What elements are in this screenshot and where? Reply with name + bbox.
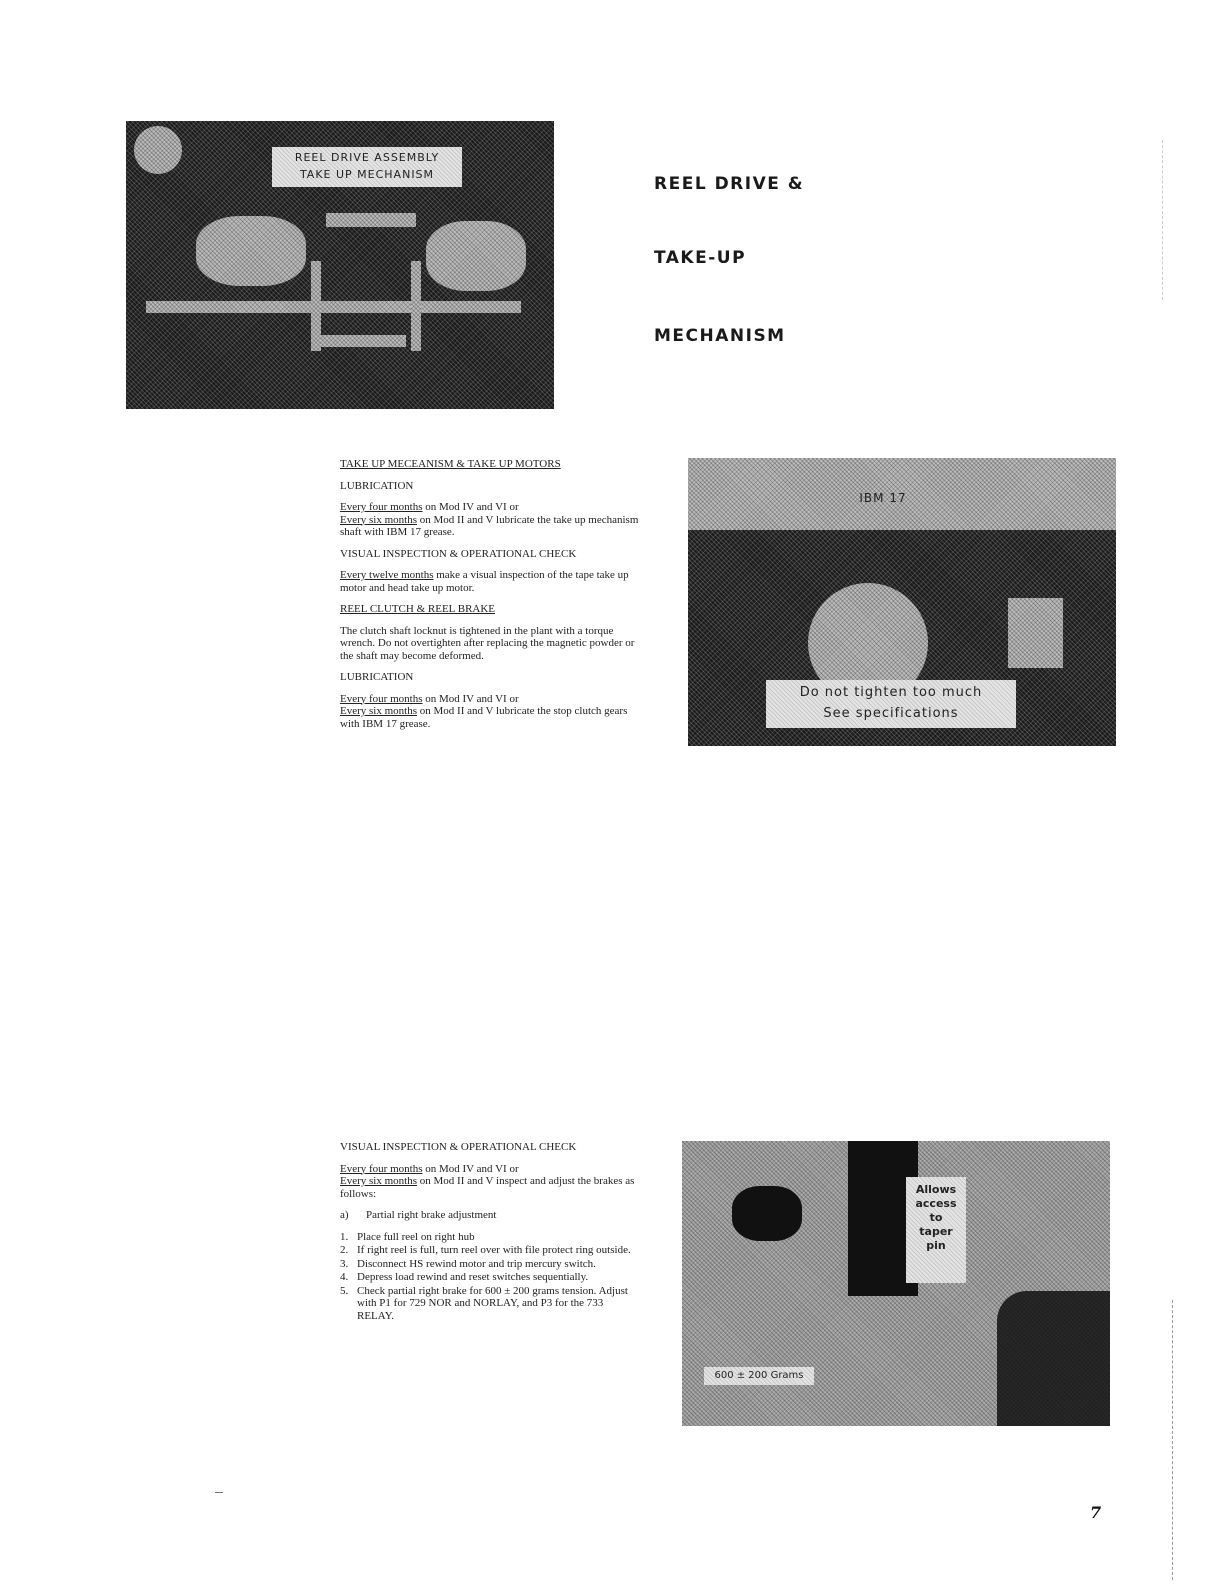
page-title-line-2: TAKE-UP <box>654 248 746 268</box>
sub-item-label: a) <box>340 1209 349 1222</box>
post-left <box>311 261 321 351</box>
reel-hub-top-left <box>134 126 182 174</box>
step-number: 3. <box>340 1258 348 1271</box>
section-heading-clutch-brake: REEL CLUTCH & REEL BRAKE <box>340 603 640 616</box>
photo-right-brake: Allows access to taper pin 600 ± 200 Gra… <box>682 1141 1110 1426</box>
frequency: Every six months <box>340 514 417 526</box>
step-number: 4. <box>340 1271 348 1284</box>
page-title-line-1: REEL DRIVE & <box>654 174 804 194</box>
label-line: to <box>906 1211 966 1225</box>
reel-hub-opening <box>732 1186 802 1241</box>
frequency: Every twelve months <box>340 569 433 581</box>
section-heading-take-up: TAKE UP MECEANISM & TAKE UP MOTORS <box>340 458 640 471</box>
procedure-step: 4.Depress load rewind and reset switches… <box>340 1271 640 1284</box>
right-coil <box>426 221 526 291</box>
label-line: pin <box>906 1239 966 1253</box>
clutch-paragraph: The clutch shaft locknut is tightened in… <box>340 625 640 663</box>
procedure-step: 5.Check partial right brake for 600 ± 20… <box>340 1285 640 1323</box>
step-number: 2. <box>340 1244 348 1257</box>
scan-edge-right <box>1172 1300 1173 1580</box>
page-number: 7 <box>1090 1503 1101 1522</box>
frequency: Every six months <box>340 1175 417 1187</box>
step-text: If right reel is full, turn reel over wi… <box>357 1244 631 1256</box>
frequency: Every four months <box>340 693 422 705</box>
procedure-steps: 1.Place full reel on right hub 2.If righ… <box>340 1231 640 1323</box>
sub-item-a: a) Partial right brake adjustment <box>340 1209 640 1222</box>
lubrication-instructions: Every four months on Mod IV and VI or Ev… <box>340 501 640 539</box>
lubrication-heading: LUBRICATION <box>340 480 640 493</box>
photo-caption-label: REEL DRIVE ASSEMBLY TAKE UP MECHANISM <box>272 147 462 187</box>
scan-speck <box>215 1492 223 1493</box>
scan-edge-right-upper <box>1162 140 1163 300</box>
step-number: 1. <box>340 1231 348 1244</box>
inspection-instructions: Every twelve months make a visual inspec… <box>340 569 640 594</box>
sub-item-heading: Partial right brake adjustment <box>366 1209 496 1221</box>
photo-caption-label: Do not tighten too much See specificatio… <box>766 680 1016 728</box>
text: on Mod IV and VI or <box>422 501 518 513</box>
cross-bar <box>146 301 521 313</box>
inspection-heading-3: VISUAL INSPECTION & OPERATIONAL CHECK <box>340 1141 640 1154</box>
photo-clutch-shaft: IBM 17 Do not tighten too much See speci… <box>688 458 1116 746</box>
caption-line: REEL DRIVE ASSEMBLY <box>272 149 462 166</box>
step-text: Depress load rewind and reset switches s… <box>357 1271 588 1283</box>
lubrication-instructions-2: Every four months on Mod IV and VI or Ev… <box>340 693 640 731</box>
post-right <box>411 261 421 351</box>
top-label: IBM 17 <box>848 490 918 506</box>
procedure-step: 1.Place full reel on right hub <box>340 1231 640 1244</box>
tension-label: 600 ± 200 Grams <box>704 1367 814 1385</box>
caption-line: TAKE UP MECHANISM <box>272 166 462 183</box>
label-line: access <box>906 1197 966 1211</box>
label-line: taper <box>906 1225 966 1239</box>
text: on Mod IV and VI or <box>422 693 518 705</box>
text: on Mod IV and VI or <box>422 1163 518 1175</box>
step-number: 5. <box>340 1285 348 1298</box>
step-text: Place full reel on right hub <box>357 1231 475 1243</box>
text-column-brake-check: VISUAL INSPECTION & OPERATIONAL CHECK Ev… <box>340 1141 640 1323</box>
procedure-step: 2.If right reel is full, turn reel over … <box>340 1244 640 1257</box>
caption-line: See specifications <box>766 703 1016 724</box>
lubrication-heading-2: LUBRICATION <box>340 671 640 684</box>
lower-bracket <box>316 335 406 347</box>
step-text: Disconnect HS rewind motor and trip merc… <box>357 1258 596 1270</box>
step-text: Check partial right brake for 600 ± 200 … <box>357 1285 628 1322</box>
side-label: Allows access to taper pin <box>906 1177 966 1283</box>
frequency: Every four months <box>340 501 422 513</box>
inspection-heading: VISUAL INSPECTION & OPERATIONAL CHECK <box>340 548 640 561</box>
left-coil <box>196 216 306 286</box>
label-line: Allows <box>906 1183 966 1197</box>
text-column-maintenance: TAKE UP MECEANISM & TAKE UP MOTORS LUBRI… <box>340 458 640 739</box>
motor-right <box>1008 598 1063 668</box>
frequency: Every six months <box>340 705 417 717</box>
brake-intro: Every four months on Mod IV and VI or Ev… <box>340 1163 640 1201</box>
procedure-step: 3.Disconnect HS rewind motor and trip me… <box>340 1258 640 1271</box>
frequency: Every four months <box>340 1163 422 1175</box>
upper-bracket <box>326 213 416 227</box>
caption-line: Do not tighten too much <box>766 682 1016 703</box>
photo-reel-drive-assembly: REEL DRIVE ASSEMBLY TAKE UP MECHANISM <box>126 121 554 409</box>
page-title-line-3: MECHANISM <box>654 326 786 346</box>
lower-right-shadow <box>997 1291 1110 1426</box>
